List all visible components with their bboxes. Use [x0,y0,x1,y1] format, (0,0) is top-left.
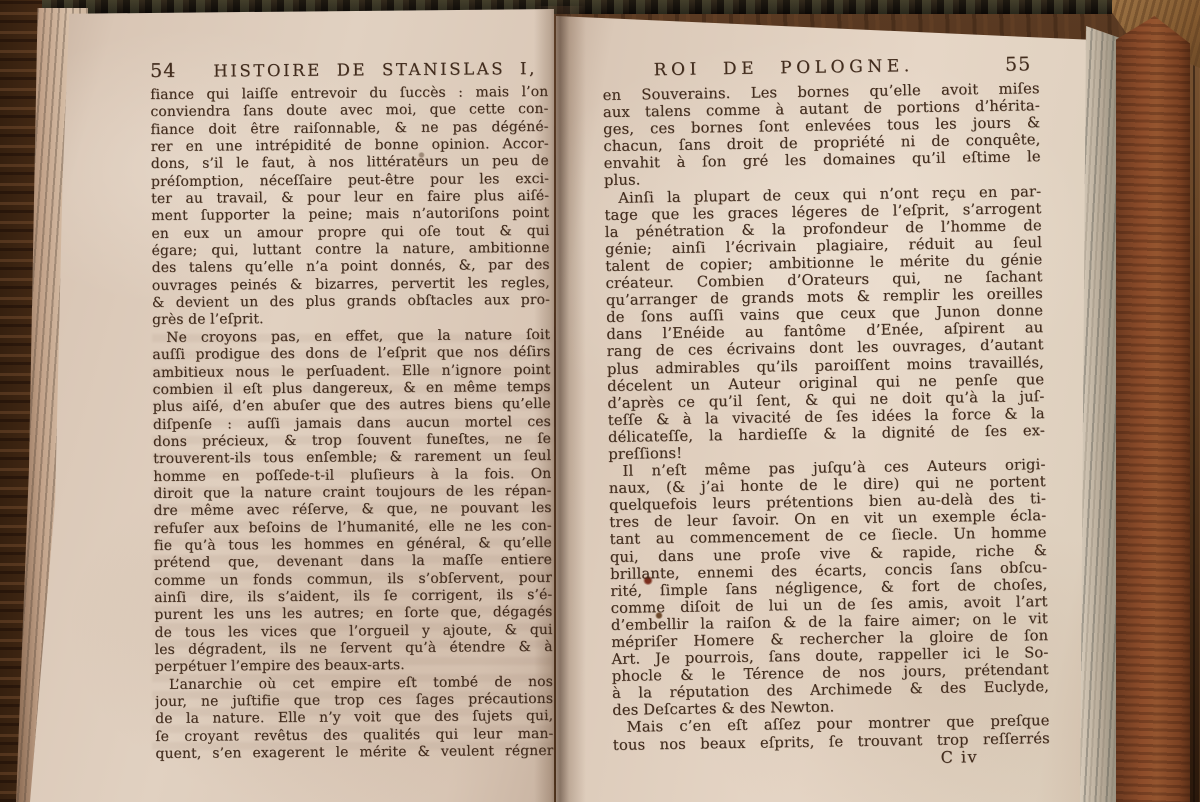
left-page-text: fiance qui laiſſe entrevoir du ſuccès : … [150,84,553,764]
left-running-header: HISTOIRE DE STANISLAS I, [202,60,548,80]
right-page-number: 55 [965,56,1039,74]
left-page-number: 54 [150,62,202,80]
signature-mark: C iv [940,747,978,767]
right-page-header: ROI DE POLOGNE. 55 [602,47,1039,80]
right-page-content: ROI DE POLOGNE. 55 en Souverains. Les bo… [602,47,1050,773]
right-page-text: en Souverains. Les bornes qu’elle avoit … [603,80,1050,753]
left-page-content: 54 HISTOIRE DE STANISLAS I, fiance qui l… [150,51,554,764]
photo-open-book: 54 HISTOIRE DE STANISLAS I, fiance qui l… [0,0,1200,802]
leather-cover-right [1116,16,1190,802]
text-line: quent, s’en exagerent le mérite & veulen… [155,743,553,763]
right-running-header: ROI DE POLOGNE. [602,57,965,80]
left-page-header: 54 HISTOIRE DE STANISLAS I, [150,51,548,80]
